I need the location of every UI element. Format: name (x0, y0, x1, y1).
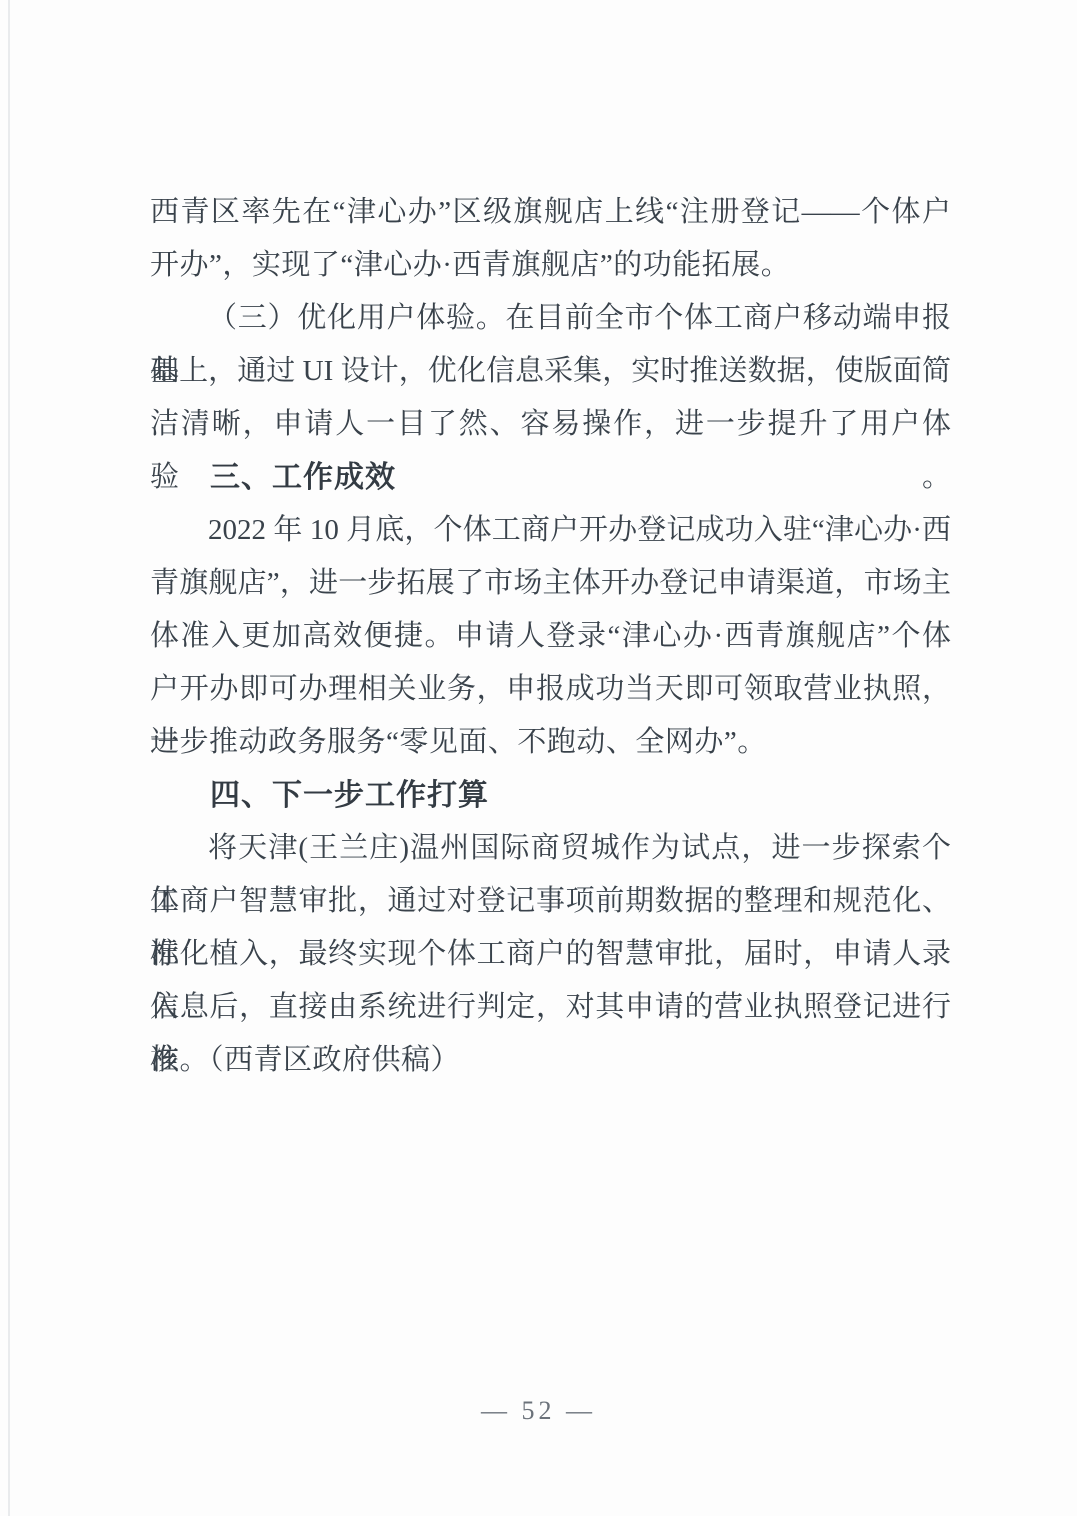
text-line: 一步推动政务服务“零见面、不跑动、全网办”。 (150, 716, 951, 769)
text-line: 开办”，实现了“津心办·西青旗舰店”的功能拓展。 (150, 239, 951, 292)
text-line: 青旗舰店”，进一步拓展了市场主体开办登记申请渠道，市场主 (150, 557, 951, 610)
text-line: （三）优化用户体验。在目前全市个体工商户移动端申报基 (150, 292, 951, 345)
text-line: 准化植入，最终实现个体工商户的智慧审批，届时，申请人录入 (150, 928, 951, 981)
text-line: 将天津(王兰庄)温州国际商贸城作为试点，进一步探索个体 (150, 822, 951, 875)
document-page: 西青区率先在“津心办”区级旗舰店上线“注册登记——个体户开办”，实现了“津心办·… (0, 0, 1077, 1516)
text-line: 体准入更加高效便捷。申请人登录“津心办·西青旗舰店”个体 (150, 610, 951, 663)
scan-edge-line (8, 0, 10, 1516)
text-line: 西青区率先在“津心办”区级旗舰店上线“注册登记——个体户 (150, 186, 951, 239)
page-number: — 52 — (0, 1396, 1077, 1426)
text-line: 工商户智慧审批，通过对登记事项前期数据的整理和规范化、标 (150, 875, 951, 928)
text-line: 信息后，直接由系统进行判定，对其申请的营业执照登记进行核 (150, 981, 951, 1034)
text-line: 户开办即可办理相关业务，申报成功当天即可领取营业执照，进 (150, 663, 951, 716)
text-line: 2022 年 10 月底，个体工商户开办登记成功入驻“津心办·西 (150, 504, 951, 557)
section-heading: 四、下一步工作打算 (150, 769, 951, 822)
text-line: 洁清晰，申请人一目了然、容易操作，进一步提升了用户体验。 (150, 398, 951, 451)
document-body: 西青区率先在“津心办”区级旗舰店上线“注册登记——个体户开办”，实现了“津心办·… (150, 186, 951, 1087)
text-line: 准。（西青区政府供稿） (150, 1034, 951, 1087)
text-line: 础上，通过 UI 设计，优化信息采集，实时推送数据，使版面简 (150, 345, 951, 398)
